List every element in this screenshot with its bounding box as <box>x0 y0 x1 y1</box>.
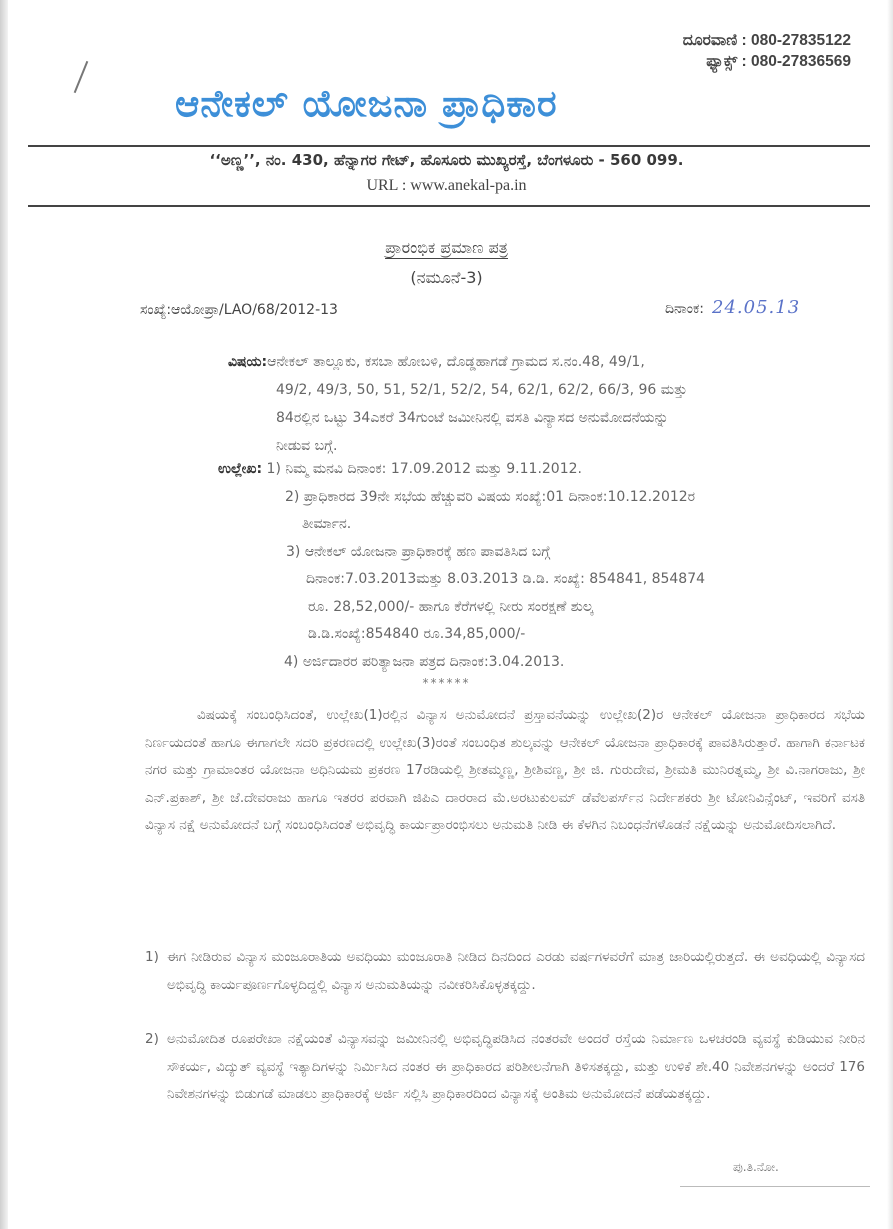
reference-item: ದಿನಾಂಕ:7.03.2013ಮತ್ತು 8.03.2013 ಡಿ.ಡಿ. ಸ… <box>218 566 858 594</box>
subject-line: 84ರಲ್ಲಿನ ಒಟ್ಟು 34ಎಕರೆ 34ಗುಂಟೆ ಜಮೀನಿನಲ್ಲಿ… <box>228 404 828 432</box>
date-label: ದಿನಾಂಕ: <box>665 301 704 317</box>
body-paragraph: ವಿಷಯಕ್ಕೆ ಸಂಬಂಧಿಸಿದಂತೆ, ಉಲ್ಲೇಖ(1)ರಲ್ಲಿನ ವ… <box>145 702 865 840</box>
subject-line: 49/2, 49/3, 50, 51, 52/1, 52/2, 54, 62/1… <box>228 376 828 404</box>
subject-line: ಆನೇಕಲ್ ತಾಲ್ಲೂಕು, ಕಸಬಾ ಹೋಬಳಿ, ದೊಡ್ಡಹಾಗಡೆ … <box>267 354 645 370</box>
document-title-text: ಪ್ರಾರಂಭಿಕ ಪ್ರಮಾಣ ಪತ್ರ <box>385 238 508 259</box>
header-divider-bottom <box>28 205 870 207</box>
references-label: ಉಲ್ಲೇಖ: <box>218 461 262 477</box>
phone-number: ದೂರವಾಣಿ : 080-27835122 <box>683 30 851 51</box>
organization-url: URL : www.anekal-pa.in <box>0 177 893 195</box>
subject-block: ವಿಷಯ:ಆನೇಕಲ್ ತಾಲ್ಲೂಕು, ಕಸಬಾ ಹೋಬಳಿ, ದೊಡ್ಡಹ… <box>228 348 828 460</box>
fax-number: ಫ್ಯಾಕ್ಸ್ : 080-27836569 <box>683 51 851 72</box>
condition-number: 2) <box>145 1026 159 1054</box>
condition-number: 1) <box>145 944 159 972</box>
reference-item: ತೀರ್ಮಾನ. <box>218 511 858 539</box>
please-turn-over: ಪು.ತಿ.ನೋ. <box>733 1160 779 1175</box>
document-date: ದಿನಾಂಕ:24.05.13 <box>665 297 800 318</box>
reference-item: ಡಿ.ಡಿ.ಸಂಖ್ಯೆ:854840 ರೂ.34,85,000/- <box>218 621 858 649</box>
organization-address: ‘‘ಅಣ್ಣ’’, ನಂ. 430, ಹೆನ್ನಾಗರ ಗೇಟ್, ಹೊಸೂರು… <box>0 151 893 169</box>
reference-number: ಸಂಖ್ಯೆ:ಆಯೋಪ್ರಾ/LAO/68/2012-13 <box>140 302 338 318</box>
reference-item: 2) ಪ್ರಾಧಿಕಾರದ 39ನೇ ಸಭೆಯ ಹೆಚ್ಚುವರಿ ವಿಷಯ ಸ… <box>218 484 858 512</box>
references-block: ಉಲ್ಲೇಖ: 1) ನಿಮ್ಮ ಮನವಿ ದಿನಾಂಕ: 17.09.2012… <box>218 456 858 676</box>
condition-text: ಈಗ ನೀಡಿರುವ ವಿನ್ಯಾಸ ಮಂಜೂರಾತಿಯ ಅವಧಿಯು ಮಂಜೂ… <box>145 944 865 999</box>
subject-label: ವಿಷಯ: <box>228 354 267 370</box>
condition-item: 2) ಅನುಮೋದಿತ ರೂಪರೇಖಾ ನಕ್ಷೆಯಂತೆ ವಿನ್ಯಾಸವನ್… <box>145 1026 865 1109</box>
contact-block: ದೂರವಾಣಿ : 080-27835122 ಫ್ಯಾಕ್ಸ್ : 080-27… <box>683 30 851 72</box>
organization-name: ಆನೇಕಲ್ ಯೋಜನಾ ಪ್ರಾಧಿಕಾರ <box>175 82 558 126</box>
condition-item: 1) ಈಗ ನೀಡಿರುವ ವಿನ್ಯಾಸ ಮಂಜೂರಾತಿಯ ಅವಧಿಯು ಮ… <box>145 944 865 999</box>
section-separator: ****** <box>0 676 893 690</box>
footer-divider <box>680 1186 870 1187</box>
reference-item: 3) ಆನೇಕಲ್ ಯೋಜನಾ ಪ್ರಾಧಿಕಾರಕ್ಕೆ ಹಣ ಪಾವತಿಸಿ… <box>218 539 858 567</box>
document-title: ಪ್ರಾರಂಭಿಕ ಪ್ರಮಾಣ ಪತ್ರ <box>0 238 893 258</box>
reference-item: ರೂ. 28,52,000/- ಹಾಗೂ ಕೆರೆಗಳಲ್ಲಿ ನೀರು ಸಂರ… <box>218 594 858 622</box>
date-handwritten: 24.05.13 <box>712 297 800 318</box>
pen-mark <box>74 61 89 93</box>
reference-item: ಉಲ್ಲೇಖ: 1) ನಿಮ್ಮ ಮನವಿ ದಿನಾಂಕ: 17.09.2012… <box>218 456 858 484</box>
condition-text: ಅನುಮೋದಿತ ರೂಪರೇಖಾ ನಕ್ಷೆಯಂತೆ ವಿನ್ಯಾಸವನ್ನು … <box>145 1026 865 1109</box>
header-divider-top <box>28 145 870 147</box>
reference-item: 4) ಅರ್ಜಿದಾರರ ಪರಿತ್ಯಾಜನಾ ಪತ್ರದ ದಿನಾಂಕ:3.0… <box>218 649 858 677</box>
letter-page: ದೂರವಾಣಿ : 080-27835122 ಫ್ಯಾಕ್ಸ್ : 080-27… <box>0 0 893 1229</box>
form-number: (ನಮೂನೆ-3) <box>0 268 893 288</box>
